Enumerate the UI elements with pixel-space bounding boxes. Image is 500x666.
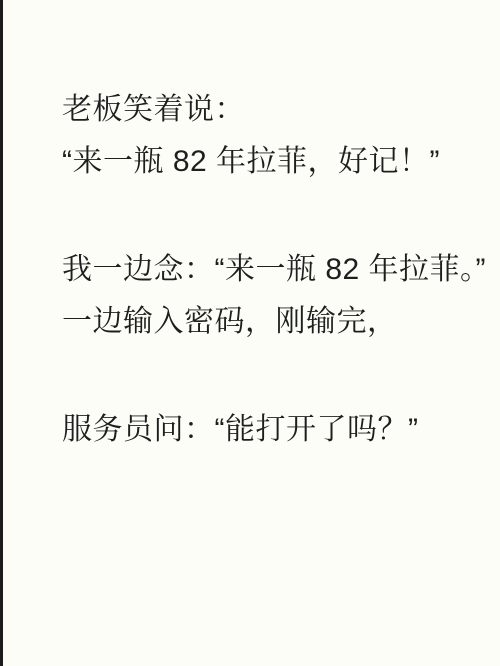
text-line: 老板笑着说： <box>62 84 470 136</box>
text-line: 一边输入密码，刚输完， <box>62 296 470 348</box>
paragraph-boss-speaks: 老板笑着说： “来一瓶 82 年拉菲，好记！” <box>62 84 470 188</box>
text-content: 老板笑着说： “来一瓶 82 年拉菲，好记！” 我一边念：“来一瓶 82 年拉菲… <box>0 0 500 512</box>
text-line: 我一边念：“来一瓶 82 年拉菲。” <box>62 244 470 296</box>
text-line: “来一瓶 82 年拉菲，好记！” <box>62 136 470 188</box>
paragraph-narrator-types: 我一边念：“来一瓶 82 年拉菲。” 一边输入密码，刚输完， <box>62 244 470 348</box>
paragraph-waiter-asks: 服务员问：“能打开了吗？” <box>62 404 470 456</box>
page: 老板笑着说： “来一瓶 82 年拉菲，好记！” 我一边念：“来一瓶 82 年拉菲… <box>0 0 500 666</box>
text-line: 服务员问：“能打开了吗？” <box>62 404 470 456</box>
